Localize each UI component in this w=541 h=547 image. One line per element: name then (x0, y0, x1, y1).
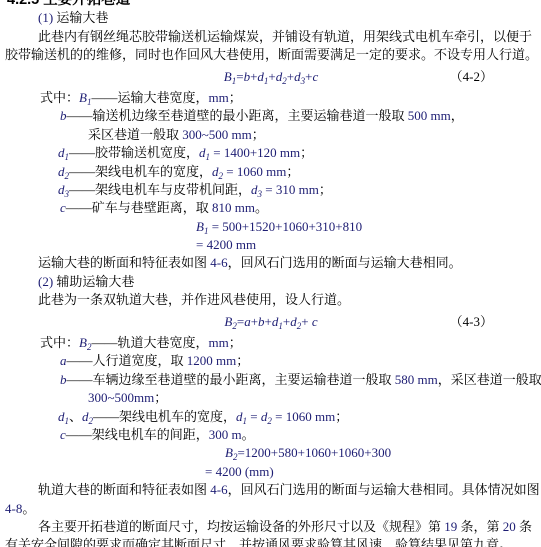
text-segment: 各主要开拓巷道的断面尺寸，均按运输设备的外形尺寸以及《规程》第 (38, 519, 444, 534)
text-segment: = (236, 69, 243, 84)
text-segment: + (265, 314, 272, 329)
text-line: 胶带输送机的的维修，同时也作回风大巷使用，断面需要满足一定的要求。不设专用人行道… (5, 46, 537, 64)
text-line: = 4200 (mm) (205, 463, 537, 481)
text-segment: ——输送机边缘至巷道壁的最小距离，主要运输巷道一般取 (67, 108, 408, 123)
text-line: 有关安全间隙的要求而确定其断面尺寸，并按通风要求验算其风速，验算结果见第九章。 (5, 536, 537, 547)
text-segment: c (312, 314, 318, 329)
section-heading: 4.2.5 主要开拓巷道 (7, 0, 537, 9)
text-segment: 式中： (40, 90, 79, 105)
text-segment: ； (229, 90, 242, 105)
text-segment: 1200 mm (187, 353, 236, 368)
text-line: B1 = 500+1520+1060+310+810 (196, 218, 537, 236)
text-line: = 4200 mm (196, 236, 537, 254)
text-line: 式中：B2——轨道大巷宽度，mm； (40, 334, 537, 352)
text-segment: 4-6 (210, 482, 227, 497)
text-segment: 。 (255, 200, 268, 215)
text-segment: mm (208, 90, 228, 105)
text-segment: ； (252, 127, 265, 142)
text-segment: ， (451, 108, 464, 123)
text-segment: 。 (242, 427, 255, 442)
text-segment: ； (154, 390, 167, 405)
text-segment: B (225, 445, 233, 460)
text-segment: ； (236, 353, 249, 368)
text-segment: =1200+580+1060+1060+300 (237, 445, 391, 460)
text-segment: 300~500mm (88, 390, 154, 405)
text-segment: 运输大巷 (56, 10, 108, 25)
text-segment: ——人行道宽度，取 (67, 353, 187, 368)
text-segment: = 310 mm (262, 182, 319, 197)
text-segment: ——运输大巷宽度， (91, 90, 208, 105)
text-segment: 条 (516, 519, 532, 534)
text-segment: 有关安全间隙的要求而确定其断面尺寸，并按通风要求验算其风速，验算结果见第九章。 (5, 537, 512, 547)
text-segment: 20 (503, 519, 516, 534)
text-line: b——输送机边缘至巷道壁的最小距离，主要运输巷道一般取 500 mm， (60, 107, 537, 125)
text-segment: B (224, 69, 232, 84)
text-segment: (1) (38, 10, 56, 25)
text-segment: ——车辆边缘至巷道壁的最小距离，主要运输巷道一般取 (67, 372, 395, 387)
text-segment: 4.2.5 主要开拓巷道 (7, 0, 130, 8)
text-line: 4-8。 (5, 500, 537, 518)
text-segment: = 1400+120 mm (210, 145, 300, 160)
text-segment: ； (300, 145, 313, 160)
text-segment: c (312, 69, 318, 84)
text-segment: 。 (22, 501, 35, 516)
text-segment: + (268, 69, 275, 84)
text-segment: 此巷为一条双轨道大巷，并作进风巷使用，设人行道。 (38, 292, 350, 307)
text-segment: = 1060 mm (223, 164, 286, 179)
formula-line: B1=b+d1+d2+d3+c（4-2） (5, 68, 537, 86)
text-segment: ——架线电机车的宽度， (69, 164, 212, 179)
text-segment: B (196, 219, 204, 234)
text-segment: 条，第 (457, 519, 503, 534)
text-line: 采区巷道一般取 300~500 mm； (88, 126, 537, 144)
document-body: 4.2.5 主要开拓巷道(1) 运输大巷此巷内有钢丝绳芯胶带输送机运输煤炭，并铺… (0, 0, 541, 547)
text-segment: ，回风石门选用的断面与运输大巷相同。 (228, 255, 462, 270)
text-segment: ——轨道大巷宽度， (91, 335, 208, 350)
text-segment: 4-8 (5, 501, 22, 516)
text-line: 运输大巷的断面和特征表如图 4-6，回风石门选用的断面与运输大巷相同。 (38, 254, 537, 272)
text-line: d2——架线电机车的宽度，d2 = 1060 mm； (58, 163, 537, 181)
text-segment: ——胶带输送机宽度， (69, 145, 199, 160)
text-segment: ； (335, 409, 348, 424)
text-segment: 此巷内有钢丝绳芯胶带输送机运输煤炭，并铺设有轨道，用架线式电机车牵引，以便于 (38, 29, 532, 44)
text-line: a——人行道宽度，取 1200 mm； (60, 352, 537, 370)
text-segment: B (79, 335, 87, 350)
text-segment: mm (208, 335, 228, 350)
text-segment: ； (286, 164, 299, 179)
text-line: d3——架线电机车与皮带机间距，d3 = 310 mm； (58, 181, 537, 199)
text-segment: ——架线电机车与皮带机间距， (69, 182, 251, 197)
text-line: 轨道大巷的断面和特征表如图 4-6，回风石门选用的断面与运输大巷相同。具体情况如… (38, 481, 537, 499)
text-segment: + (251, 314, 258, 329)
text-segment: ——架线电机车的间距， (66, 427, 209, 442)
text-line: c——架线电机车的间距，300 m。 (60, 426, 537, 444)
equation-number: （4-3） (450, 313, 493, 331)
text-segment: 810 mm (212, 200, 255, 215)
text-segment: 500 mm (408, 108, 451, 123)
text-line: 此巷内有钢丝绳芯胶带输送机运输煤炭，并铺设有轨道，用架线式电机车牵引，以便于 (38, 28, 537, 46)
text-segment: + (301, 314, 312, 329)
text-segment: 式中： (40, 335, 79, 350)
text-line: (2) 辅助运输大巷 (38, 273, 537, 291)
text-segment: 、 (69, 409, 82, 424)
text-segment: ，采区巷道一般取 (438, 372, 541, 387)
text-segment: = 1060 mm (272, 409, 335, 424)
text-segment: 4-6 (210, 255, 227, 270)
text-segment: + (287, 69, 294, 84)
text-line: d1——胶带输送机宽度，d1 = 1400+120 mm； (58, 144, 537, 162)
text-segment: ； (229, 335, 242, 350)
text-segment: ——架线电机车的宽度， (93, 409, 236, 424)
text-line: (1) 运输大巷 (38, 9, 537, 27)
text-segment: (2) (38, 274, 56, 289)
text-line: b——车辆边缘至巷道壁的最小距离，主要运输巷道一般取 580 mm，采区巷道一般… (60, 371, 537, 389)
text-segment: 19 (444, 519, 457, 534)
text-line: 各主要开拓巷道的断面尺寸，均按运输设备的外形尺寸以及《规程》第 19 条，第 2… (38, 518, 537, 536)
text-line: d1、d2——架线电机车的宽度，d1 = d2 = 1060 mm； (58, 408, 537, 426)
text-segment: = 4200 mm (196, 237, 256, 252)
text-segment: ——矿车与巷壁距离，取 (66, 200, 212, 215)
text-segment: ； (319, 182, 332, 197)
text-segment: 300~500 mm (182, 127, 252, 142)
text-segment: 300 m (209, 427, 242, 442)
text-segment: 采区巷道一般取 (88, 127, 182, 142)
text-segment: 580 mm (395, 372, 438, 387)
text-segment: B (79, 90, 87, 105)
text-line: 式中：B1——运输大巷宽度，mm； (40, 89, 537, 107)
text-segment: = (247, 409, 261, 424)
text-segment: 轨道大巷的断面和特征表如图 (38, 482, 210, 497)
equation-number: （4-2） (450, 68, 493, 86)
document-page: 4.2.5 主要开拓巷道(1) 运输大巷此巷内有钢丝绳芯胶带输送机运输煤炭，并铺… (0, 0, 541, 547)
text-segment: 运输大巷的断面和特征表如图 (38, 255, 210, 270)
text-segment: 辅助运输大巷 (56, 274, 134, 289)
text-segment: 胶带输送机的的维修，同时也作回风大巷使用，断面需要满足一定的要求。不设专用人行道… (5, 47, 538, 62)
text-segment: = 4200 (mm) (205, 464, 274, 479)
text-line: 300~500mm； (88, 389, 537, 407)
text-segment: = 500+1520+1060+310+810 (208, 219, 362, 234)
text-line: 此巷为一条双轨道大巷，并作进风巷使用，设人行道。 (38, 291, 537, 309)
formula-line: B2=a+b+d1+d2+ c（4-3） (5, 313, 537, 331)
text-segment: ，回风石门选用的断面与运输大巷相同。具体情况如图 (228, 482, 540, 497)
text-line: c——矿车与巷壁距离，取 810 mm。 (60, 199, 537, 217)
text-line: B2=1200+580+1060+1060+300 (225, 444, 537, 462)
